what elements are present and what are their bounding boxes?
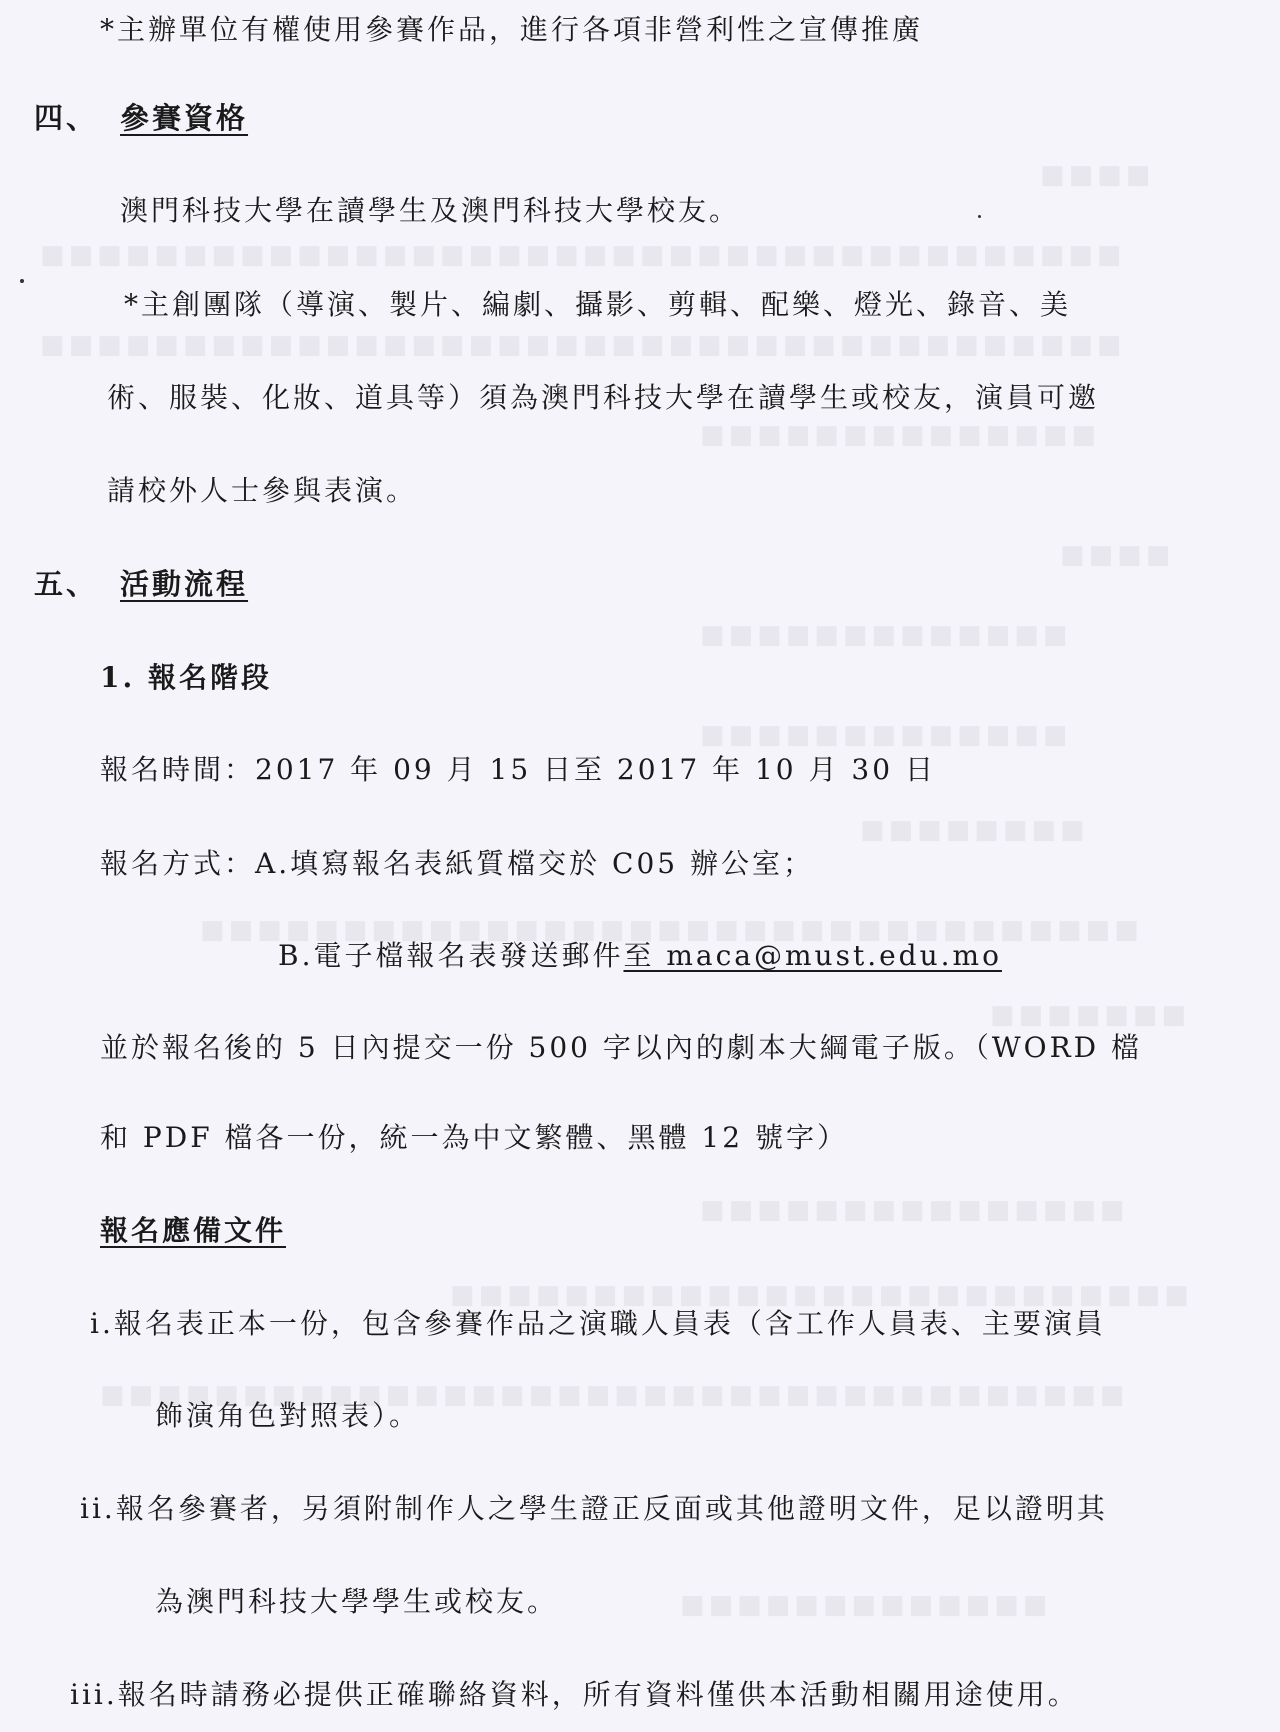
crew-note-line-3: 請校外人士參與表演。: [107, 473, 417, 509]
doc-item-text: 報名時請務必提供正確聯絡資料，所有資料僅供本活動相關用途使用。: [118, 1678, 1079, 1711]
method-a-text: A.填寫報名表紙質檔交於 C05 辦公室；: [255, 847, 814, 880]
doc-item-marker: i.: [90, 1307, 114, 1340]
section-5-title: 活動流程: [120, 567, 248, 601]
registration-time-value: 2017 年 09 月 15 日至 2017 年 10 月 30 日: [255, 753, 936, 786]
section-5-number: 五、: [34, 567, 98, 601]
eligibility-text: 澳門科技大學在讀學生及澳門科技大學校友。: [120, 193, 740, 229]
registration-time: 報名時間：2017 年 09 月 15 日至 2017 年 10 月 30 日: [100, 752, 936, 788]
section-4-number: 四、: [34, 101, 98, 135]
email-link[interactable]: 至 maca@must.edu.mo: [623, 939, 1001, 972]
section-4-heading: 四、參賽資格: [34, 100, 248, 136]
bleed-through-text: ■■■■■■■■■■■■■■■■■■■■■■■■■■■■■■■■■■■■■■: [40, 330, 1126, 360]
scan-speck: [20, 279, 24, 283]
stage-1-title: 1. 報名階段: [100, 660, 272, 696]
bleed-through-text: ■■■■■■■■■■■■■■: [700, 420, 1100, 450]
crew-note-line-2: 術、服裝、化妝、道具等）須為澳門科技大學在讀學生或校友，演員可邀: [107, 380, 1099, 416]
bleed-through-text: ■■■■■■■■■■■■■: [680, 1590, 1051, 1620]
section-4-title: 參賽資格: [120, 101, 248, 135]
scan-speck: [978, 215, 981, 218]
bleed-through-text: ■■■■: [1040, 160, 1154, 190]
promotion-rights-note: *主辦單位有權使用參賽作品，進行各項非營利性之宣傳推廣: [100, 12, 923, 48]
doc-item-text: 報名參賽者，另須附制作人之學生證正反面或其他證明文件，足以證明其: [116, 1492, 1108, 1525]
bleed-through-text: ■■■■■■■■■■■■■: [700, 720, 1071, 750]
required-documents-title: 報名應備文件: [100, 1213, 286, 1249]
outline-submission-line-1: 並於報名後的 5 日內提交一份 500 字以內的劇本大綱電子版。（WORD 檔: [100, 1030, 1142, 1066]
section-5-heading: 五、活動流程: [34, 566, 248, 602]
doc-item-ii-line-2: 為澳門科技大學學生或校友。: [155, 1584, 558, 1620]
doc-item-i-line-1: i.報名表正本一份，包含參賽作品之演職人員表（含工作人員表、主要演員: [90, 1306, 1106, 1342]
bleed-through-text: ■■■■■■■■■■■■■■■■■■■■■■■■■■■■■■■■■■■■■■: [40, 240, 1126, 270]
registration-time-label: 報名時間：: [100, 753, 255, 786]
registration-method-label: 報名方式：: [100, 847, 255, 880]
bleed-through-text: ■■■■■■■■: [860, 815, 1089, 845]
doc-item-iii-line-1: iii.報名時請務必提供正確聯絡資料，所有資料僅供本活動相關用途使用。: [70, 1677, 1079, 1713]
bleed-through-text: ■■■■■■■: [990, 1000, 1190, 1030]
bleed-through-text: ■■■■: [1060, 540, 1174, 570]
doc-item-ii-line-1: ii.報名參賽者，另須附制作人之學生證正反面或其他證明文件，足以證明其: [80, 1491, 1108, 1527]
crew-note-line-1: *主創團隊（導演、製片、編劇、攝影、剪輯、配樂、燈光、錄音、美: [124, 287, 1071, 323]
bleed-through-text: ■■■■■■■■■■■■■: [700, 620, 1071, 650]
registration-method-b: B.電子檔報名表發送郵件至 maca@must.edu.mo: [278, 938, 1002, 974]
bleed-through-text: ■■■■■■■■■■■■■■■: [700, 1195, 1128, 1225]
doc-item-text: 報名表正本一份，包含參賽作品之演職人員表（含工作人員表、主要演員: [114, 1307, 1106, 1340]
doc-item-i-line-2: 飾演角色對照表）。: [155, 1398, 420, 1434]
method-b-text: B.電子檔報名表發送郵件: [278, 939, 623, 972]
doc-item-marker: iii.: [70, 1678, 118, 1711]
doc-item-marker: ii.: [80, 1492, 116, 1525]
registration-method-a: 報名方式：A.填寫報名表紙質檔交於 C05 辦公室；: [100, 846, 814, 882]
outline-submission-line-2: 和 PDF 檔各一份，統一為中文繁體、黑體 12 號字）: [100, 1120, 848, 1156]
